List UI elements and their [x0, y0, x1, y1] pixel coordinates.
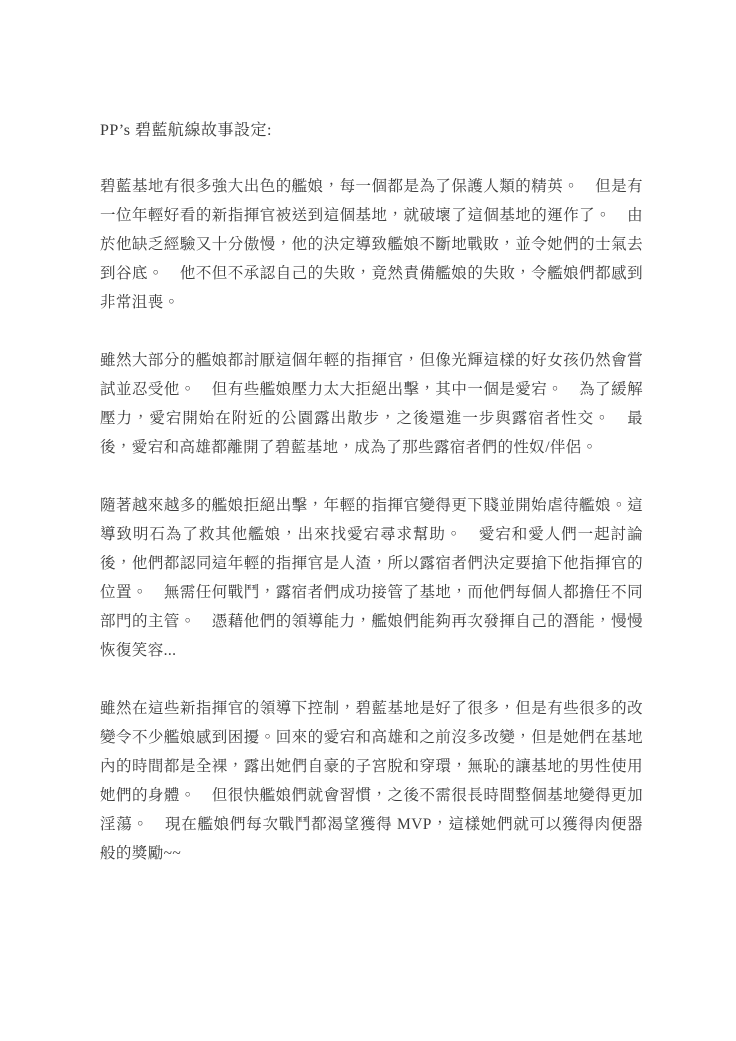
paragraph-1: 碧藍基地有很多強大出色的艦娘，每一個都是為了保護人類的精英。 但是有一位年輕好看…	[100, 172, 643, 317]
document-page: PP’s 碧藍航線故事設定: 碧藍基地有很多強大出色的艦娘，每一個都是為了保護人…	[0, 0, 736, 1041]
paragraph-4: 雖然在這些新指揮官的領導下控制，碧藍基地是好了很多，但是有些很多的改變令不少艦娘…	[100, 694, 643, 868]
paragraph-3: 隨著越來越多的艦娘拒絕出擊，年輕的指揮官變得更下賤並開始虐待艦娘。這導致明石為了…	[100, 491, 643, 665]
document-content: PP’s 碧藍航線故事設定: 碧藍基地有很多強大出色的艦娘，每一個都是為了保護人…	[100, 116, 643, 868]
paragraph-2: 雖然大部分的艦娘都討厭這個年輕的指揮官，但像光輝這樣的好女孩仍然會嘗試並忍受他。…	[100, 346, 643, 462]
document-title: PP’s 碧藍航線故事設定:	[100, 116, 643, 145]
